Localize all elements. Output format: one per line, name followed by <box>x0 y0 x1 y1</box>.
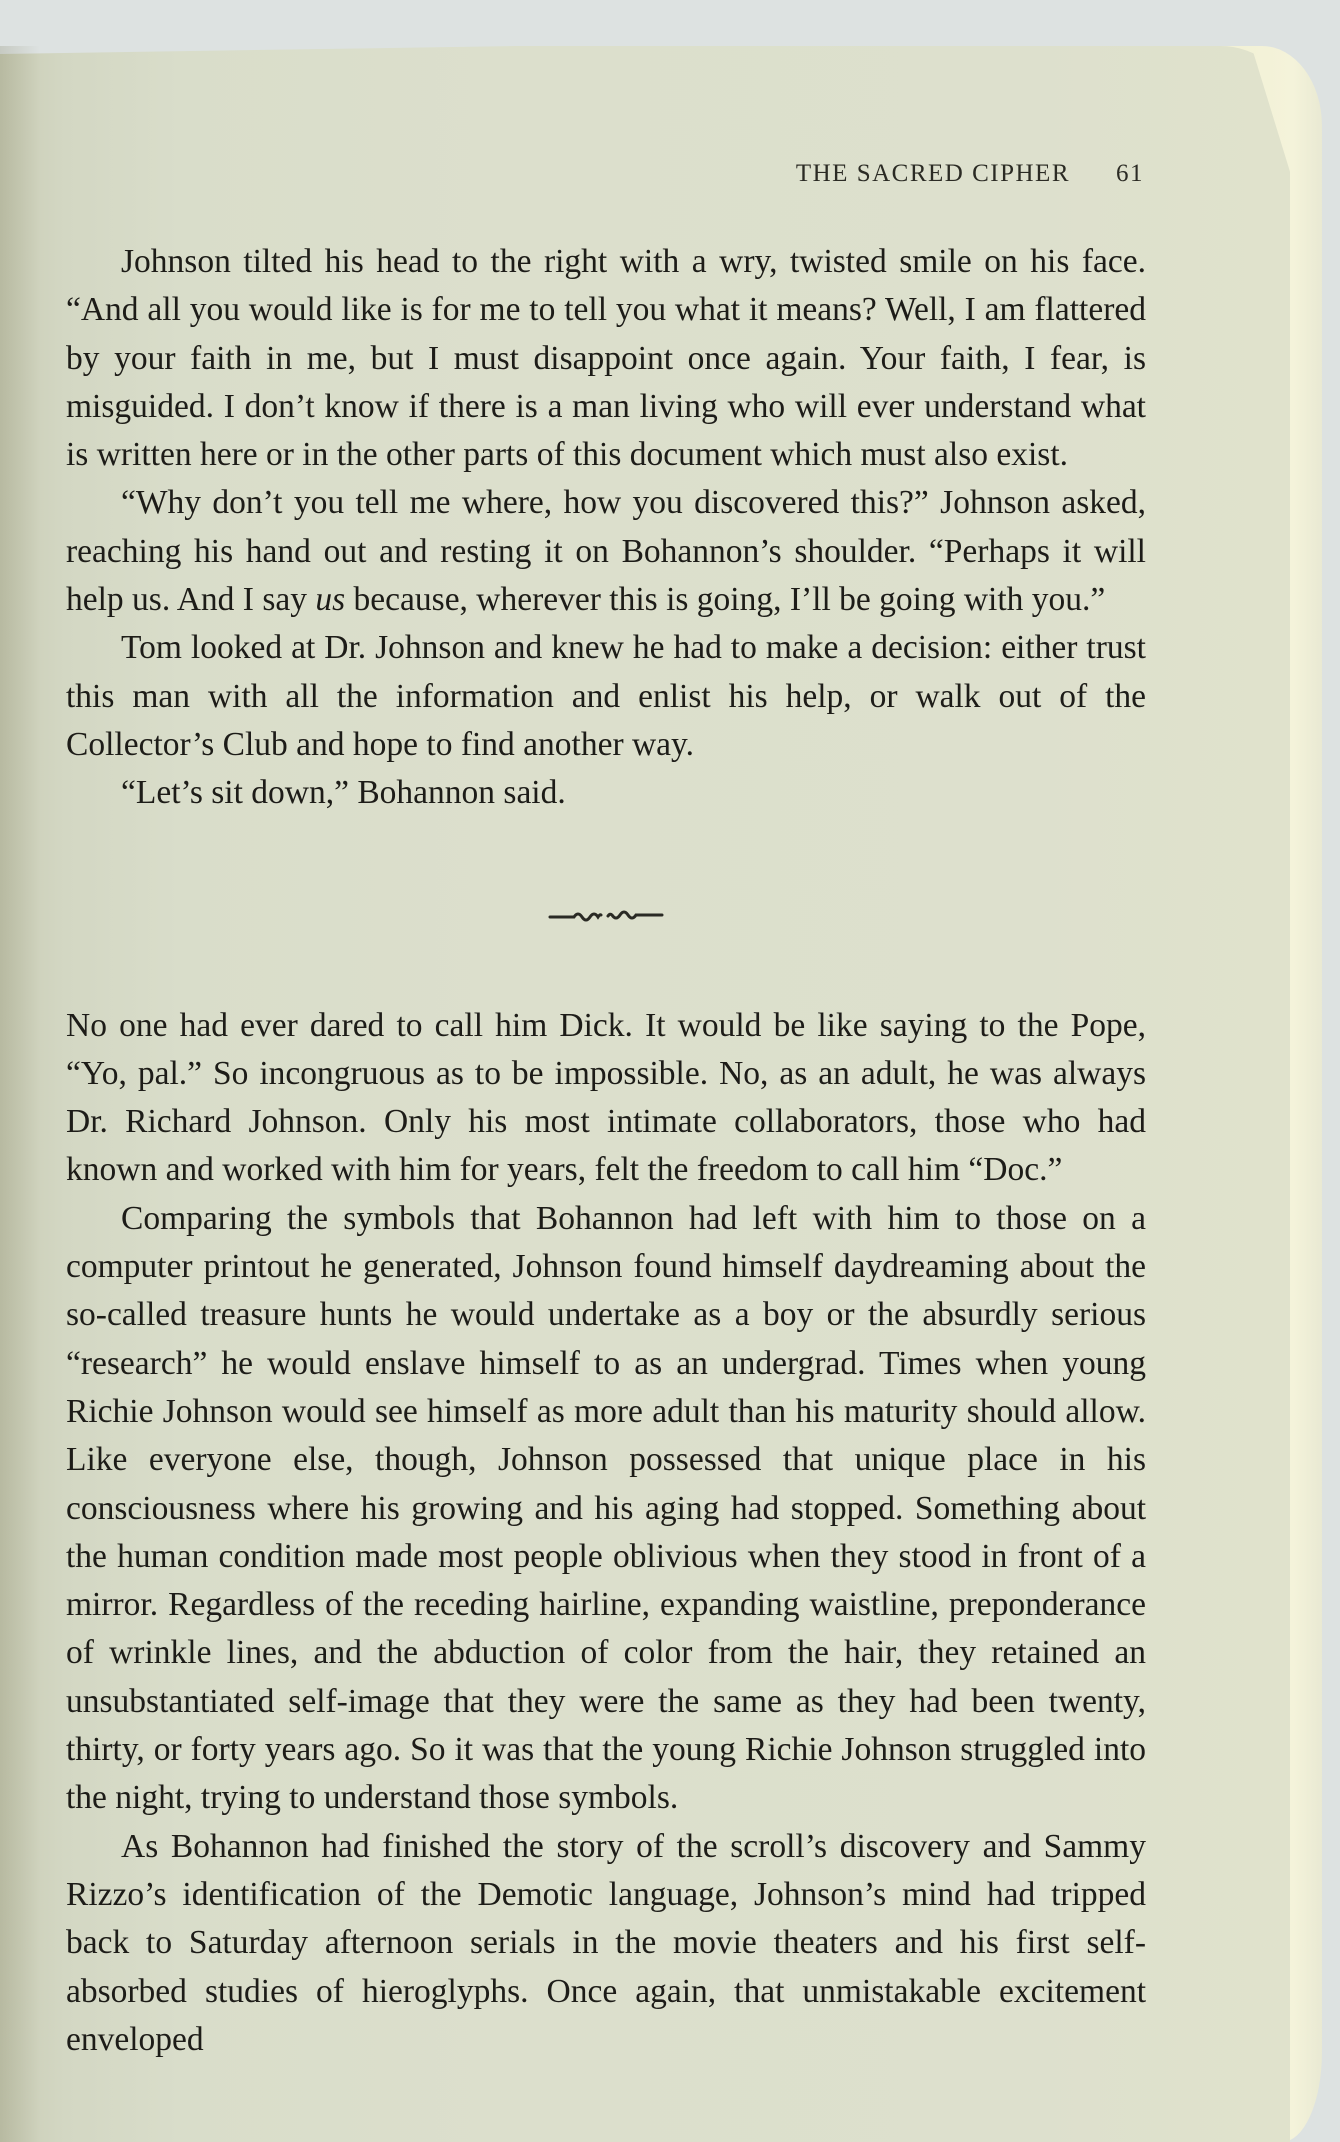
page-body: Johnson tilted his head to the right wit… <box>66 238 1146 2064</box>
paragraph: “Why don’t you tell me where, how you di… <box>66 479 1146 624</box>
section-break <box>66 866 1146 966</box>
running-header: THE SACRED CIPHER 61 <box>796 160 1144 188</box>
running-title: THE SACRED CIPHER <box>796 160 1070 188</box>
wavy-dinkus-icon <box>546 906 666 926</box>
emphasis-text: us <box>315 581 345 618</box>
paragraph-text: because, wherever this is going, I’ll be… <box>345 581 1105 618</box>
page-number: 61 <box>1116 160 1144 188</box>
paragraph-text: As Bohannon had finished the story of th… <box>66 1828 1146 2058</box>
paragraph: Johnson tilted his head to the right wit… <box>66 238 1146 479</box>
paragraph-text: “Let’s sit down,” Bohannon said. <box>121 774 566 811</box>
paragraph: “Let’s sit down,” Bohannon said. <box>66 769 1146 817</box>
paragraph-text: Johnson tilted his head to the right wit… <box>66 243 1146 473</box>
paragraph-text: Tom looked at Dr. Johnson and knew he ha… <box>66 629 1146 763</box>
paragraph: Comparing the symbols that Bohannon had … <box>66 1195 1146 1823</box>
paragraph: As Bohannon had finished the story of th… <box>66 1823 1146 2064</box>
paragraph: No one had ever dared to call him Dick. … <box>66 1002 1146 1195</box>
paragraph-text: Comparing the symbols that Bohannon had … <box>66 1200 1146 1817</box>
paragraph-text: No one had ever dared to call him Dick. … <box>66 1007 1146 1189</box>
gutter-shadow <box>0 46 40 2142</box>
paragraph: Tom looked at Dr. Johnson and knew he ha… <box>66 624 1146 769</box>
section-two: No one had ever dared to call him Dick. … <box>66 1002 1146 2065</box>
